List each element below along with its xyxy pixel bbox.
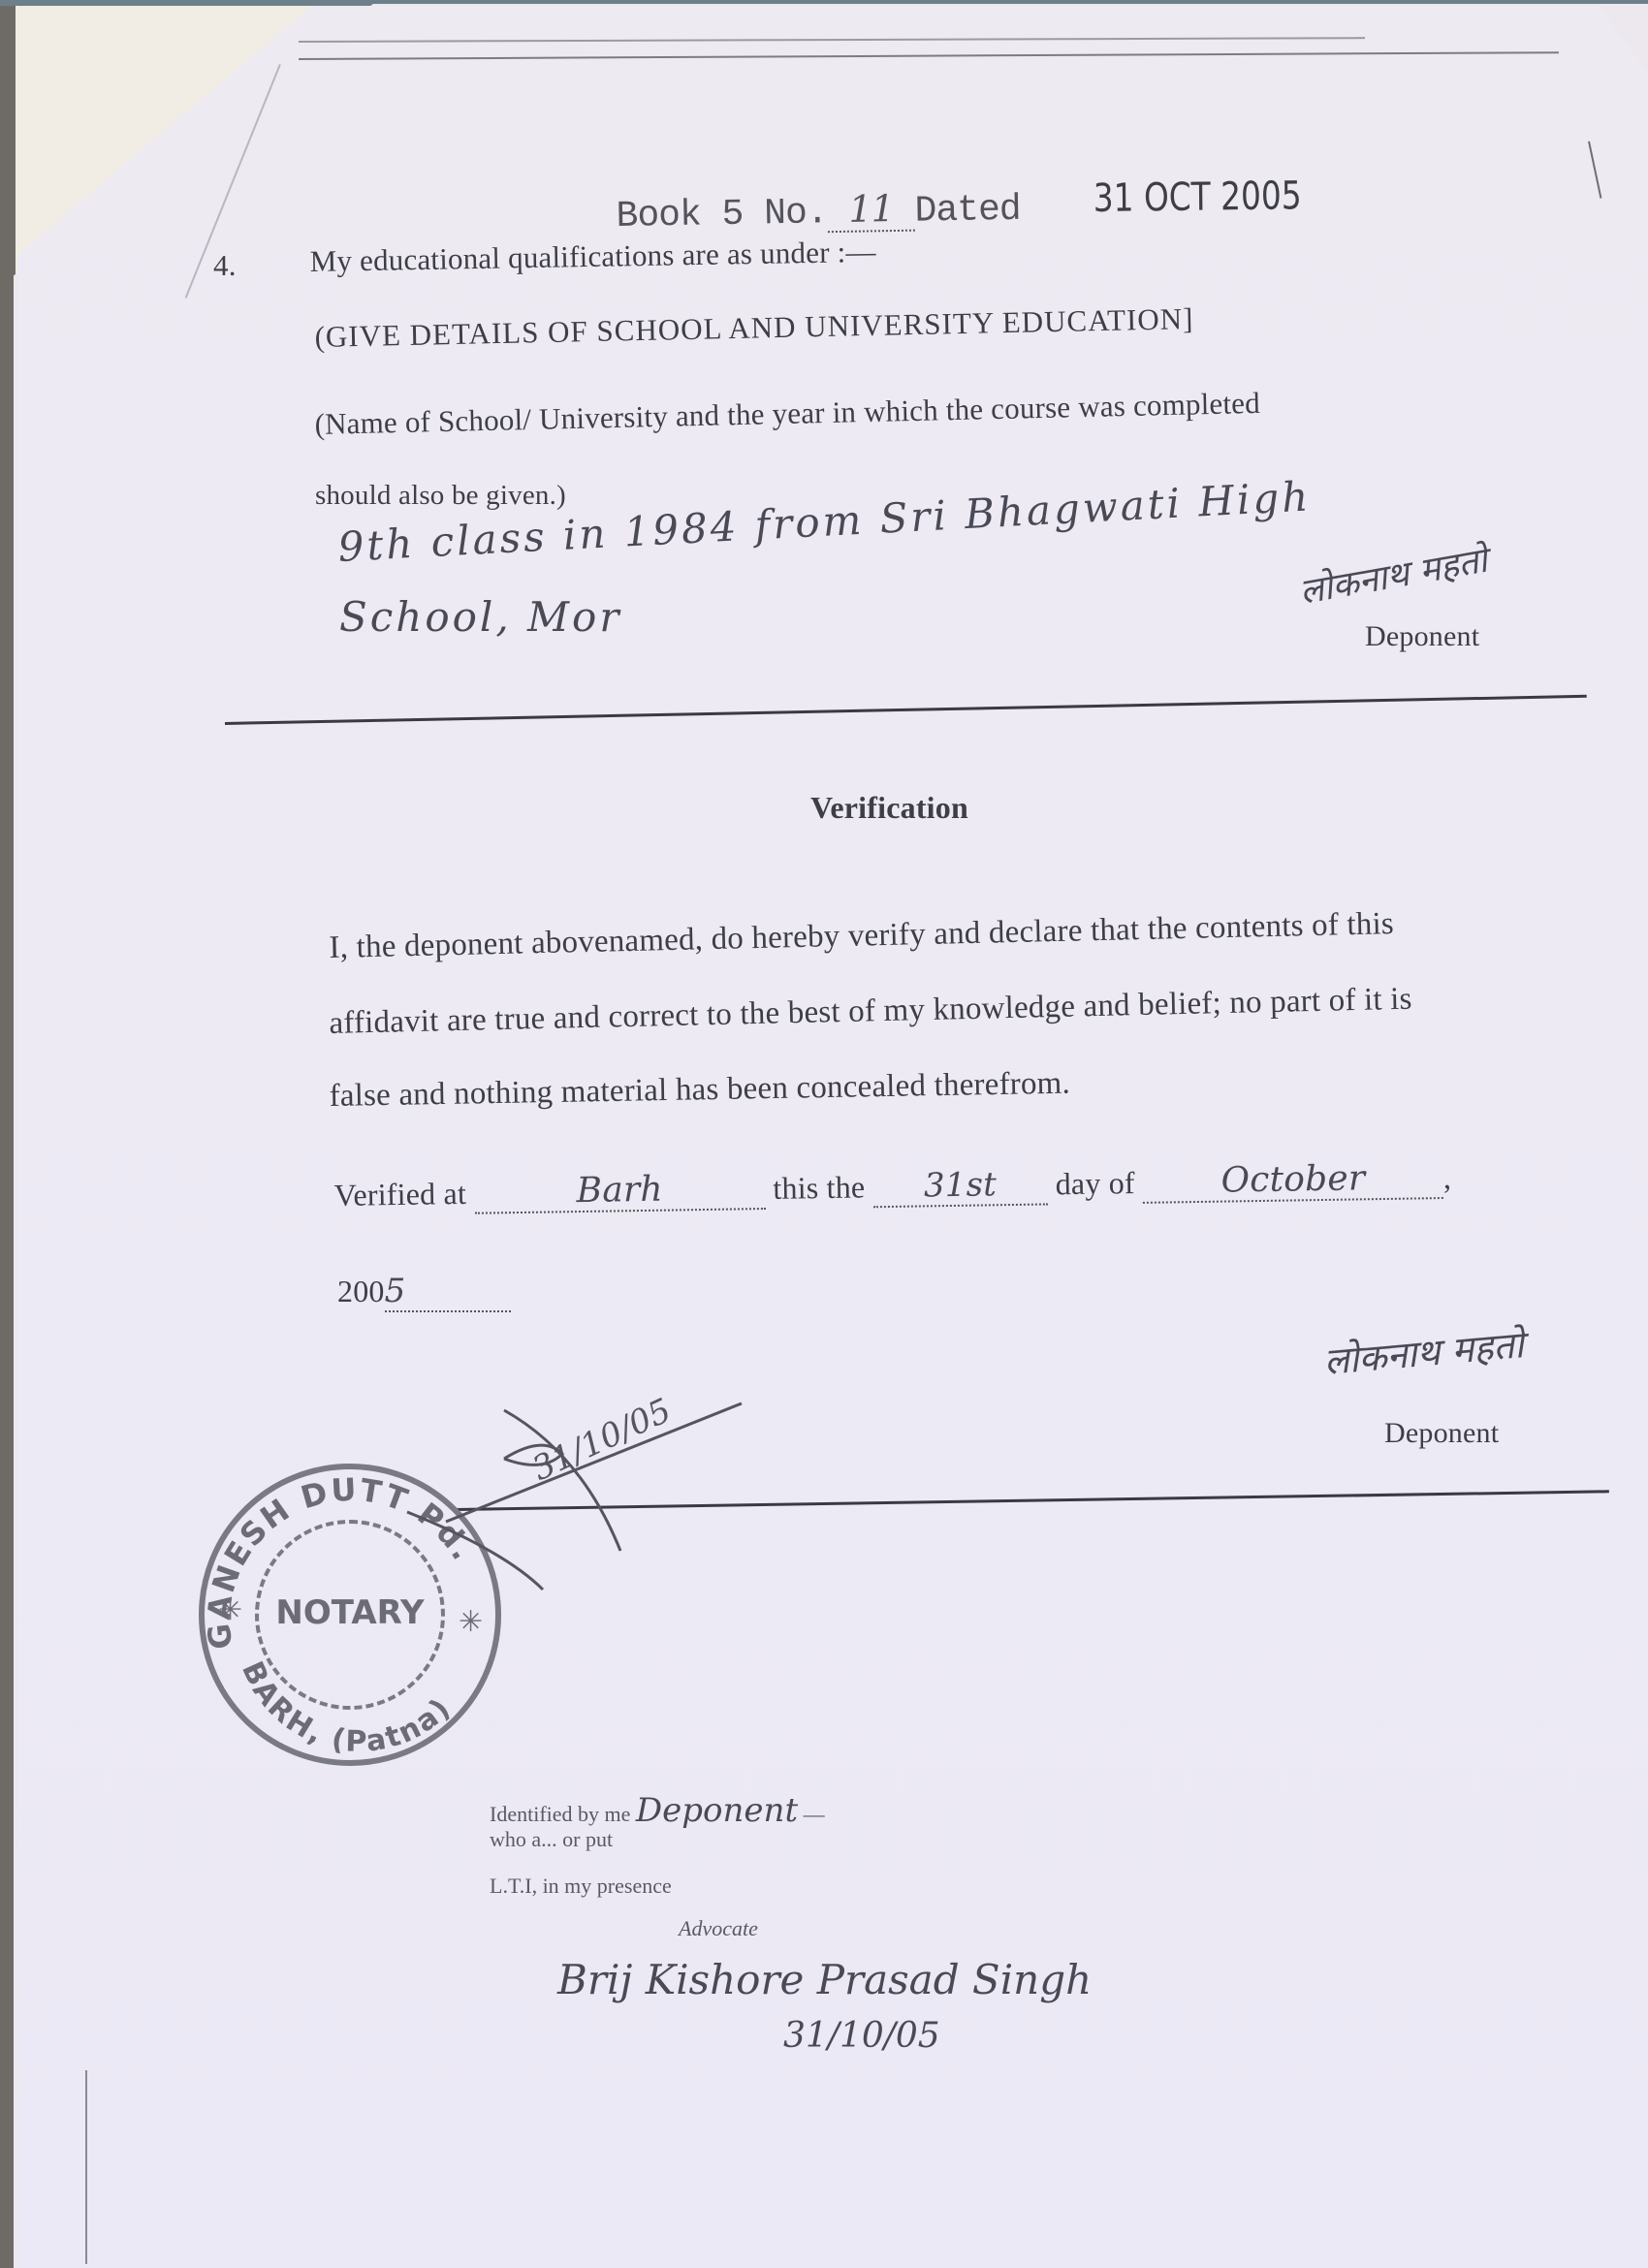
identification-line-2: who a... or put	[490, 1827, 613, 1852]
identified-line: Identified by me Deponent —	[490, 1791, 825, 1830]
svg-text:BARH, (Patna): BARH, (Patna)	[235, 1656, 459, 1759]
seal-arc-text: GANESH DUTT Pd. BARH, (Patna)	[0, 0, 1648, 2268]
advocate-signature-date: 31/10/05	[783, 2016, 940, 2056]
svg-text:GANESH DUTT Pd.: GANESH DUTT Pd.	[200, 1471, 482, 1652]
advocate-label: Advocate	[679, 1916, 758, 1941]
advocate-signature: Brij Kishore Prasad Singh	[557, 1956, 1092, 2003]
notary-seal-top-text: GANESH DUTT Pd.	[200, 1471, 482, 1652]
identified-label: Identified by me	[490, 1802, 630, 1826]
notary-seal-bottom-text: BARH, (Patna)	[235, 1656, 459, 1759]
identification-line-3: L.T.I, in my presence	[490, 1874, 672, 1899]
identified-handwritten: Deponent	[636, 1791, 798, 1830]
